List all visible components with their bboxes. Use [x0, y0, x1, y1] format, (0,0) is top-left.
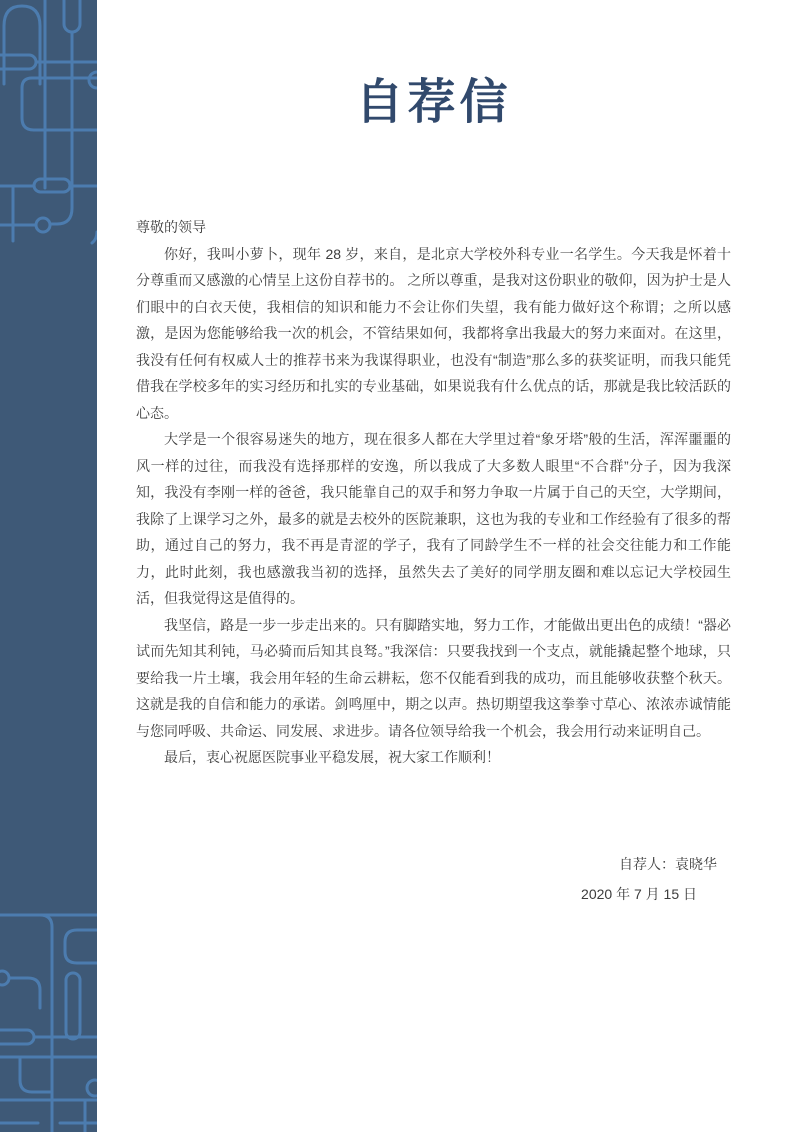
signature-date: 2020 年 7 月 15 日 — [581, 879, 697, 909]
letter-content: 自荐信 尊敬的领导 你好，我叫小萝卜，现年 28 岁，来自，是北京大学校外科专业… — [97, 0, 800, 1132]
circuit-pattern-top-icon — [0, 0, 97, 246]
paragraph-closing: 最后，衷心祝愿医院事业平稳发展，祝大家工作顺利！ — [136, 744, 731, 771]
sidebar-decoration — [0, 0, 97, 1132]
letter-page: 自荐信 尊敬的领导 你好，我叫小萝卜，现年 28 岁，来自，是北京大学校外科专业… — [0, 0, 800, 1132]
letter-body: 尊敬的领导 你好，我叫小萝卜，现年 28 岁，来自，是北京大学校外科专业一名学生… — [136, 214, 731, 771]
circuit-pattern-bottom-icon — [0, 910, 97, 1132]
salutation: 尊敬的领导 — [136, 214, 731, 241]
paragraph-university: 大学是一个很容易迷失的地方，现在很多人都在大学里过着“象牙塔”般的生活，浑浑噩噩… — [136, 426, 731, 612]
signature-block: 自荐人：袁晓华 2020 年 7 月 15 日 — [136, 849, 731, 909]
paragraph-conviction: 我坚信，路是一步一步走出来的。只有脚踏实地，努力工作，才能做出更出色的成绩！“器… — [136, 612, 731, 745]
signer-name: 自荐人：袁晓华 — [619, 849, 717, 879]
page-title: 自荐信 — [136, 76, 731, 130]
paragraph-intro: 你好，我叫小萝卜，现年 28 岁，来自，是北京大学校外科专业一名学生。今天我是怀… — [136, 241, 731, 427]
